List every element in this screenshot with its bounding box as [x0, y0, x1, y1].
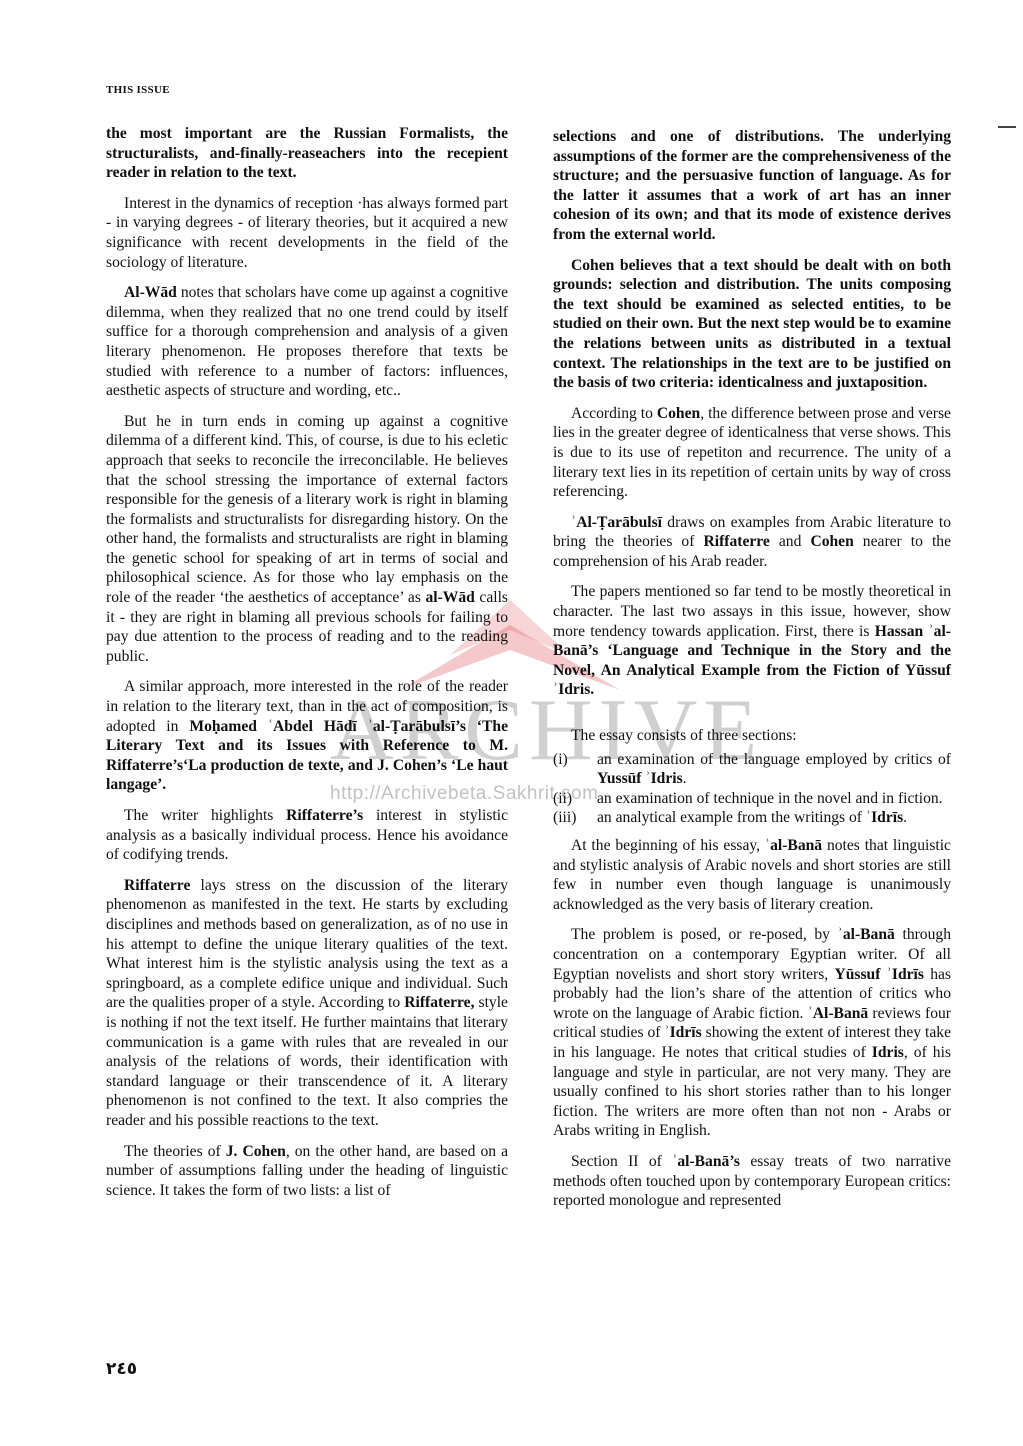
paragraph: The papers mentioned so far tend to be m…	[553, 582, 951, 700]
paragraph: Al-Wād notes that scholars have come up …	[106, 283, 508, 401]
author-name: al-Wād	[425, 589, 474, 606]
author-name: ʾAl-Ṭarābulsī	[571, 514, 662, 531]
author-name: ʾal-Banā	[765, 837, 822, 854]
paragraph: The theories of J. Cohen, on the other h…	[106, 1142, 508, 1201]
paragraph: selections and one of distributions. The…	[553, 127, 951, 245]
page-number: ٢٤٥	[106, 1359, 137, 1379]
paragraph: ʾAl-Ṭarābulsī draws on examples from Ara…	[553, 513, 951, 572]
margin-mark	[998, 126, 1016, 128]
left-column: the most important are the Russian Forma…	[106, 124, 508, 1211]
author-name: Cohen	[571, 257, 614, 274]
paragraph: A similar approach, more interested in t…	[106, 677, 508, 795]
author-name: Riffaterre	[124, 877, 190, 894]
sections-list: (i)an examination of the language employ…	[553, 750, 951, 828]
author-name: Riffaterre,	[404, 994, 474, 1011]
paragraph: The essay consists of three sections:	[553, 726, 951, 746]
paragraph: Section II of ʾal-Banā’s essay treats of…	[553, 1152, 951, 1211]
paragraph: The writer highlights Riffaterre’s inter…	[106, 806, 508, 865]
paragraph: the most important are the Russian Forma…	[106, 124, 508, 183]
author-name: J. Cohen	[226, 1143, 286, 1160]
paragraph: Riffaterre lays stress on the discussion…	[106, 876, 508, 1131]
paragraph: Cohen believes that a text should be dea…	[553, 256, 951, 393]
paragraph: But he in turn ends in coming up against…	[106, 412, 508, 667]
list-item: (i)an examination of the language employ…	[553, 750, 951, 789]
author-name: Riffaterre’s	[286, 807, 363, 824]
list-item: (iii)an analytical example from the writ…	[553, 808, 951, 828]
paragraph: At the beginning of his essay, ʾal-Banā …	[553, 836, 951, 914]
author-name: Cohen	[657, 405, 700, 422]
author-name: ʾal-Banā’s	[672, 1153, 740, 1170]
list-item: (ii)an examination of technique in the n…	[553, 789, 951, 809]
right-column: selections and one of distributions. The…	[553, 127, 951, 1222]
paragraph: Interest in the dynamics of reception ·h…	[106, 194, 508, 272]
running-header: THIS ISSUE	[106, 84, 170, 96]
paragraph: The problem is posed, or re-posed, by ʾa…	[553, 925, 951, 1141]
paragraph: According to Cohen, the difference betwe…	[553, 404, 951, 502]
author-name: Al-Wād	[124, 284, 177, 301]
